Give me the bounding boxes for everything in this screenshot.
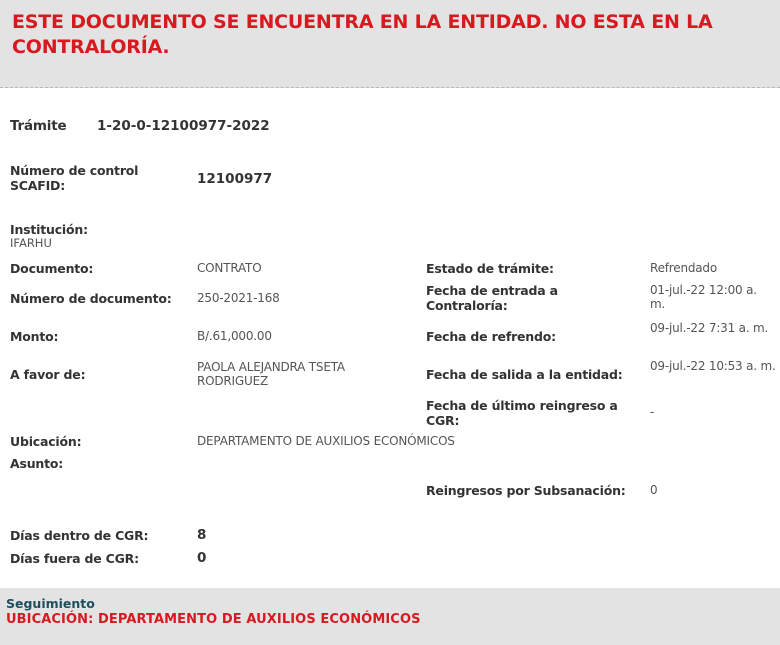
seguimiento-panel: Seguimiento UBICACIÓN: DEPARTAMENTO DE A… [0,588,780,645]
institucion-label: Institución: [10,222,88,237]
dias-fuera-value: 0 [197,550,206,566]
subsanacion-label: Reingresos por Subsanación: [426,483,626,498]
ubicacion-value: DEPARTAMENTO DE AUXILIOS ECONÓMICOS [197,434,455,448]
ubicacion-label: Ubicación: [10,434,81,449]
favor-label: A favor de: [10,367,85,382]
institucion-value: IFARHU [10,237,52,250]
monto-label: Monto: [10,329,58,344]
entrada-label: Fecha de entrada a Contraloría: [426,283,616,313]
favor-value: PAOLA ALEJANDRA TSETA RODRIGUEZ [197,360,397,388]
reingreso-label: Fecha de último reingreso a CGR: [426,398,636,428]
dias-fuera-label: Días fuera de CGR: [10,551,139,566]
seguimiento-location: UBICACIÓN: DEPARTAMENTO DE AUXILIOS ECON… [6,612,421,627]
alert-banner: ESTE DOCUMENTO SE ENCUENTRA EN LA ENTIDA… [0,0,780,88]
refrendo-value: 09-jul.-22 7:31 a. m. [650,321,775,335]
documento-label: Documento: [10,261,93,276]
refrendo-label: Fecha de refrendo: [426,329,556,344]
alert-message: ESTE DOCUMENTO SE ENCUENTRA EN LA ENTIDA… [12,10,742,60]
entrada-value: 01-jul.-22 12:00 a. m. [650,283,775,311]
salida-label: Fecha de salida a la entidad: [426,367,623,382]
control-value: 12100977 [197,171,272,187]
subsanacion-value: 0 [650,483,657,497]
numero-documento-value: 250-2021-168 [197,291,280,305]
dias-dentro-label: Días dentro de CGR: [10,528,148,543]
asunto-label: Asunto: [10,456,63,471]
tramite-value: 1-20-0-12100977-2022 [97,118,270,134]
tramite-label: Trámite [10,119,66,134]
monto-value: B/.61,000.00 [197,329,272,343]
documento-value: CONTRATO [197,261,261,275]
reingreso-value: - [650,405,654,419]
numero-documento-label: Número de documento: [10,291,172,306]
control-label: Número de control SCAFID: [10,163,160,193]
seguimiento-title: Seguimiento [6,596,95,611]
dias-dentro-value: 8 [197,527,206,543]
salida-value: 09-jul.-22 10:53 a. m. [650,359,778,373]
estado-label: Estado de trámite: [426,261,554,276]
estado-value: Refrendado [650,261,717,275]
